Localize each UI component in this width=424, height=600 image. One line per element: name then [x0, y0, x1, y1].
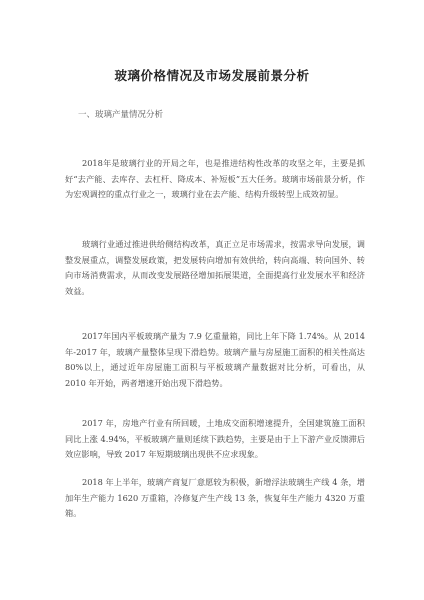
paragraph-1: 2018年是玻璃行业的开局之年，也是推进结构性改革的攻坚之年，主要是抓好“去产能… — [65, 156, 365, 203]
section-heading: 一、玻璃产量情况分析 — [78, 108, 163, 120]
paragraph-3: 2017年国内平板玻璃产量为 7.9 亿重量箱，同比上年下降 1.74%。从 2… — [65, 329, 365, 391]
document-title: 玻璃价格情况及市场发展前景分析 — [0, 66, 424, 84]
paragraph-5: 2018 年上半年，玻璃产商复厂意愿较为积极，新增浮法玻璃生产线 4 条，增加年… — [65, 475, 365, 522]
paragraph-2: 玻璃行业通过推进供给侧结构改革，真正立足市场需求，按需求导向发展，调整发展重点，… — [65, 237, 365, 299]
paragraph-4: 2017 年，房地产行业有所回暖，土地成交面积增速提升，全国建筑施工面积同比上涨… — [65, 416, 365, 463]
